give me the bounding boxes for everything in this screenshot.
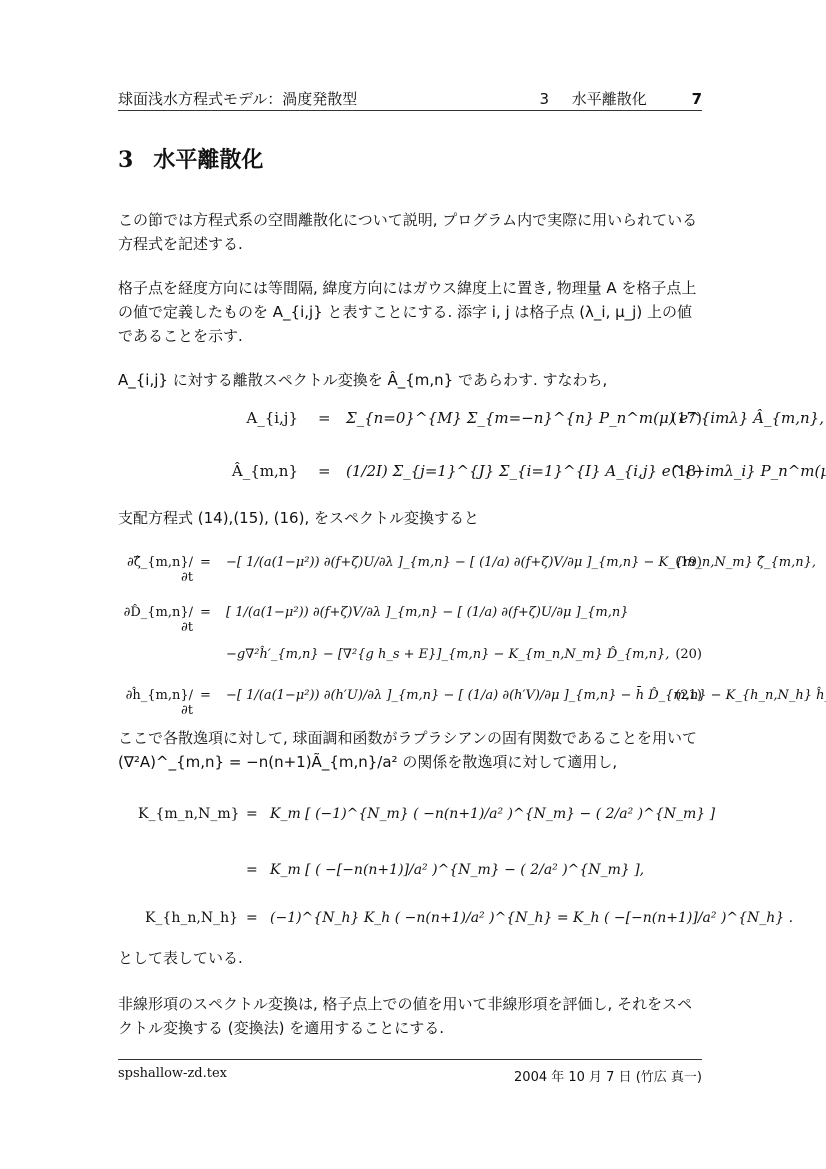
header-section-no: 3 <box>539 90 549 108</box>
footer-rule <box>118 1059 702 1060</box>
paragraph-nonlinear: 非線形項のスペクトル変換は, 格子点上での値を用いて非線形項を評価し, それをス… <box>118 992 702 1040</box>
footer-filename: spshallow-zd.tex <box>118 1066 227 1081</box>
paragraph-expressed: として表している. <box>118 946 702 970</box>
section-title: 水平離散化 <box>153 148 263 173</box>
equation-19: ∂ζ̂_{m,n}/∂t = −[ 1/(a(1−μ²)) ∂(f+ζ)U/∂λ… <box>118 545 702 585</box>
equation-20a: ∂D̂_{m,n}/∂t = [ 1/(a(1−μ²)) ∂(f+ζ)V/∂λ … <box>118 595 702 635</box>
paragraph-transform: A_{i,j} に対する離散スペクトル変換を Â_{m,n} であらわす. すな… <box>118 368 702 392</box>
equation-21: ∂ĥ_{m,n}/∂t = −[ 1/(a(1−μ²)) ∂(h′U)/∂λ ]… <box>118 678 702 718</box>
equation-Km-2: = K_m [ ( −[−n(n+1)]/a² )^{N_m} − ( 2/a²… <box>118 852 702 892</box>
paragraph-grid: 格子点を経度方向には等間隔, 緯度方向にはガウス緯度上に置き, 物理量 A を格… <box>118 276 702 348</box>
footer-date-author: 2004 年 10 月 7 日 (竹広 真一) <box>514 1066 702 1085</box>
equation-17: A_{i,j} = Σ_{n=0}^{M} Σ_{m=−n}^{n} P_n^m… <box>118 405 702 445</box>
header-title: 球面浅水方程式モデル：渦度発散型 <box>118 88 357 109</box>
paragraph-governing: 支配方程式 (14),(15), (16), をスペクトル変換すると <box>118 506 702 530</box>
header-right: 3 水平離散化 7 <box>521 88 702 109</box>
page: 球面浅水方程式モデル：渦度発散型 3 水平離散化 7 3水平離散化 この節では方… <box>118 0 702 1169</box>
page-number: 7 <box>692 90 702 108</box>
equation-20b: −g∇²ĥ′_{m,n} − [∇²{g h_s + E}]_{m,n} − K… <box>118 645 702 669</box>
paragraph-intro: この節では方程式系の空間離散化について説明, プログラム内で実際に用いられている… <box>118 208 702 256</box>
section-number: 3 <box>118 147 133 173</box>
paragraph-dissipation: ここで各散逸項に対して, 球面調和函数がラプラシアンの固有関数であることを用いて… <box>118 726 702 774</box>
equation-Kh: K_{h_n,N_h} = (−1)^{N_h} K_h ( −n(n+1)/a… <box>118 900 702 940</box>
header-rule <box>118 110 702 111</box>
running-header: 球面浅水方程式モデル：渦度発散型 3 水平離散化 7 <box>118 88 702 110</box>
header-section-title: 水平離散化 <box>572 90 647 108</box>
equation-Km-1: K_{m_n,N_m} = K_m [ (−1)^{N_m} ( −n(n+1)… <box>118 796 702 836</box>
section-heading: 3水平離散化 <box>118 143 263 174</box>
equation-18: Â_{m,n} = (1/2I) Σ_{j=1}^{J} Σ_{i=1}^{I}… <box>118 458 702 498</box>
